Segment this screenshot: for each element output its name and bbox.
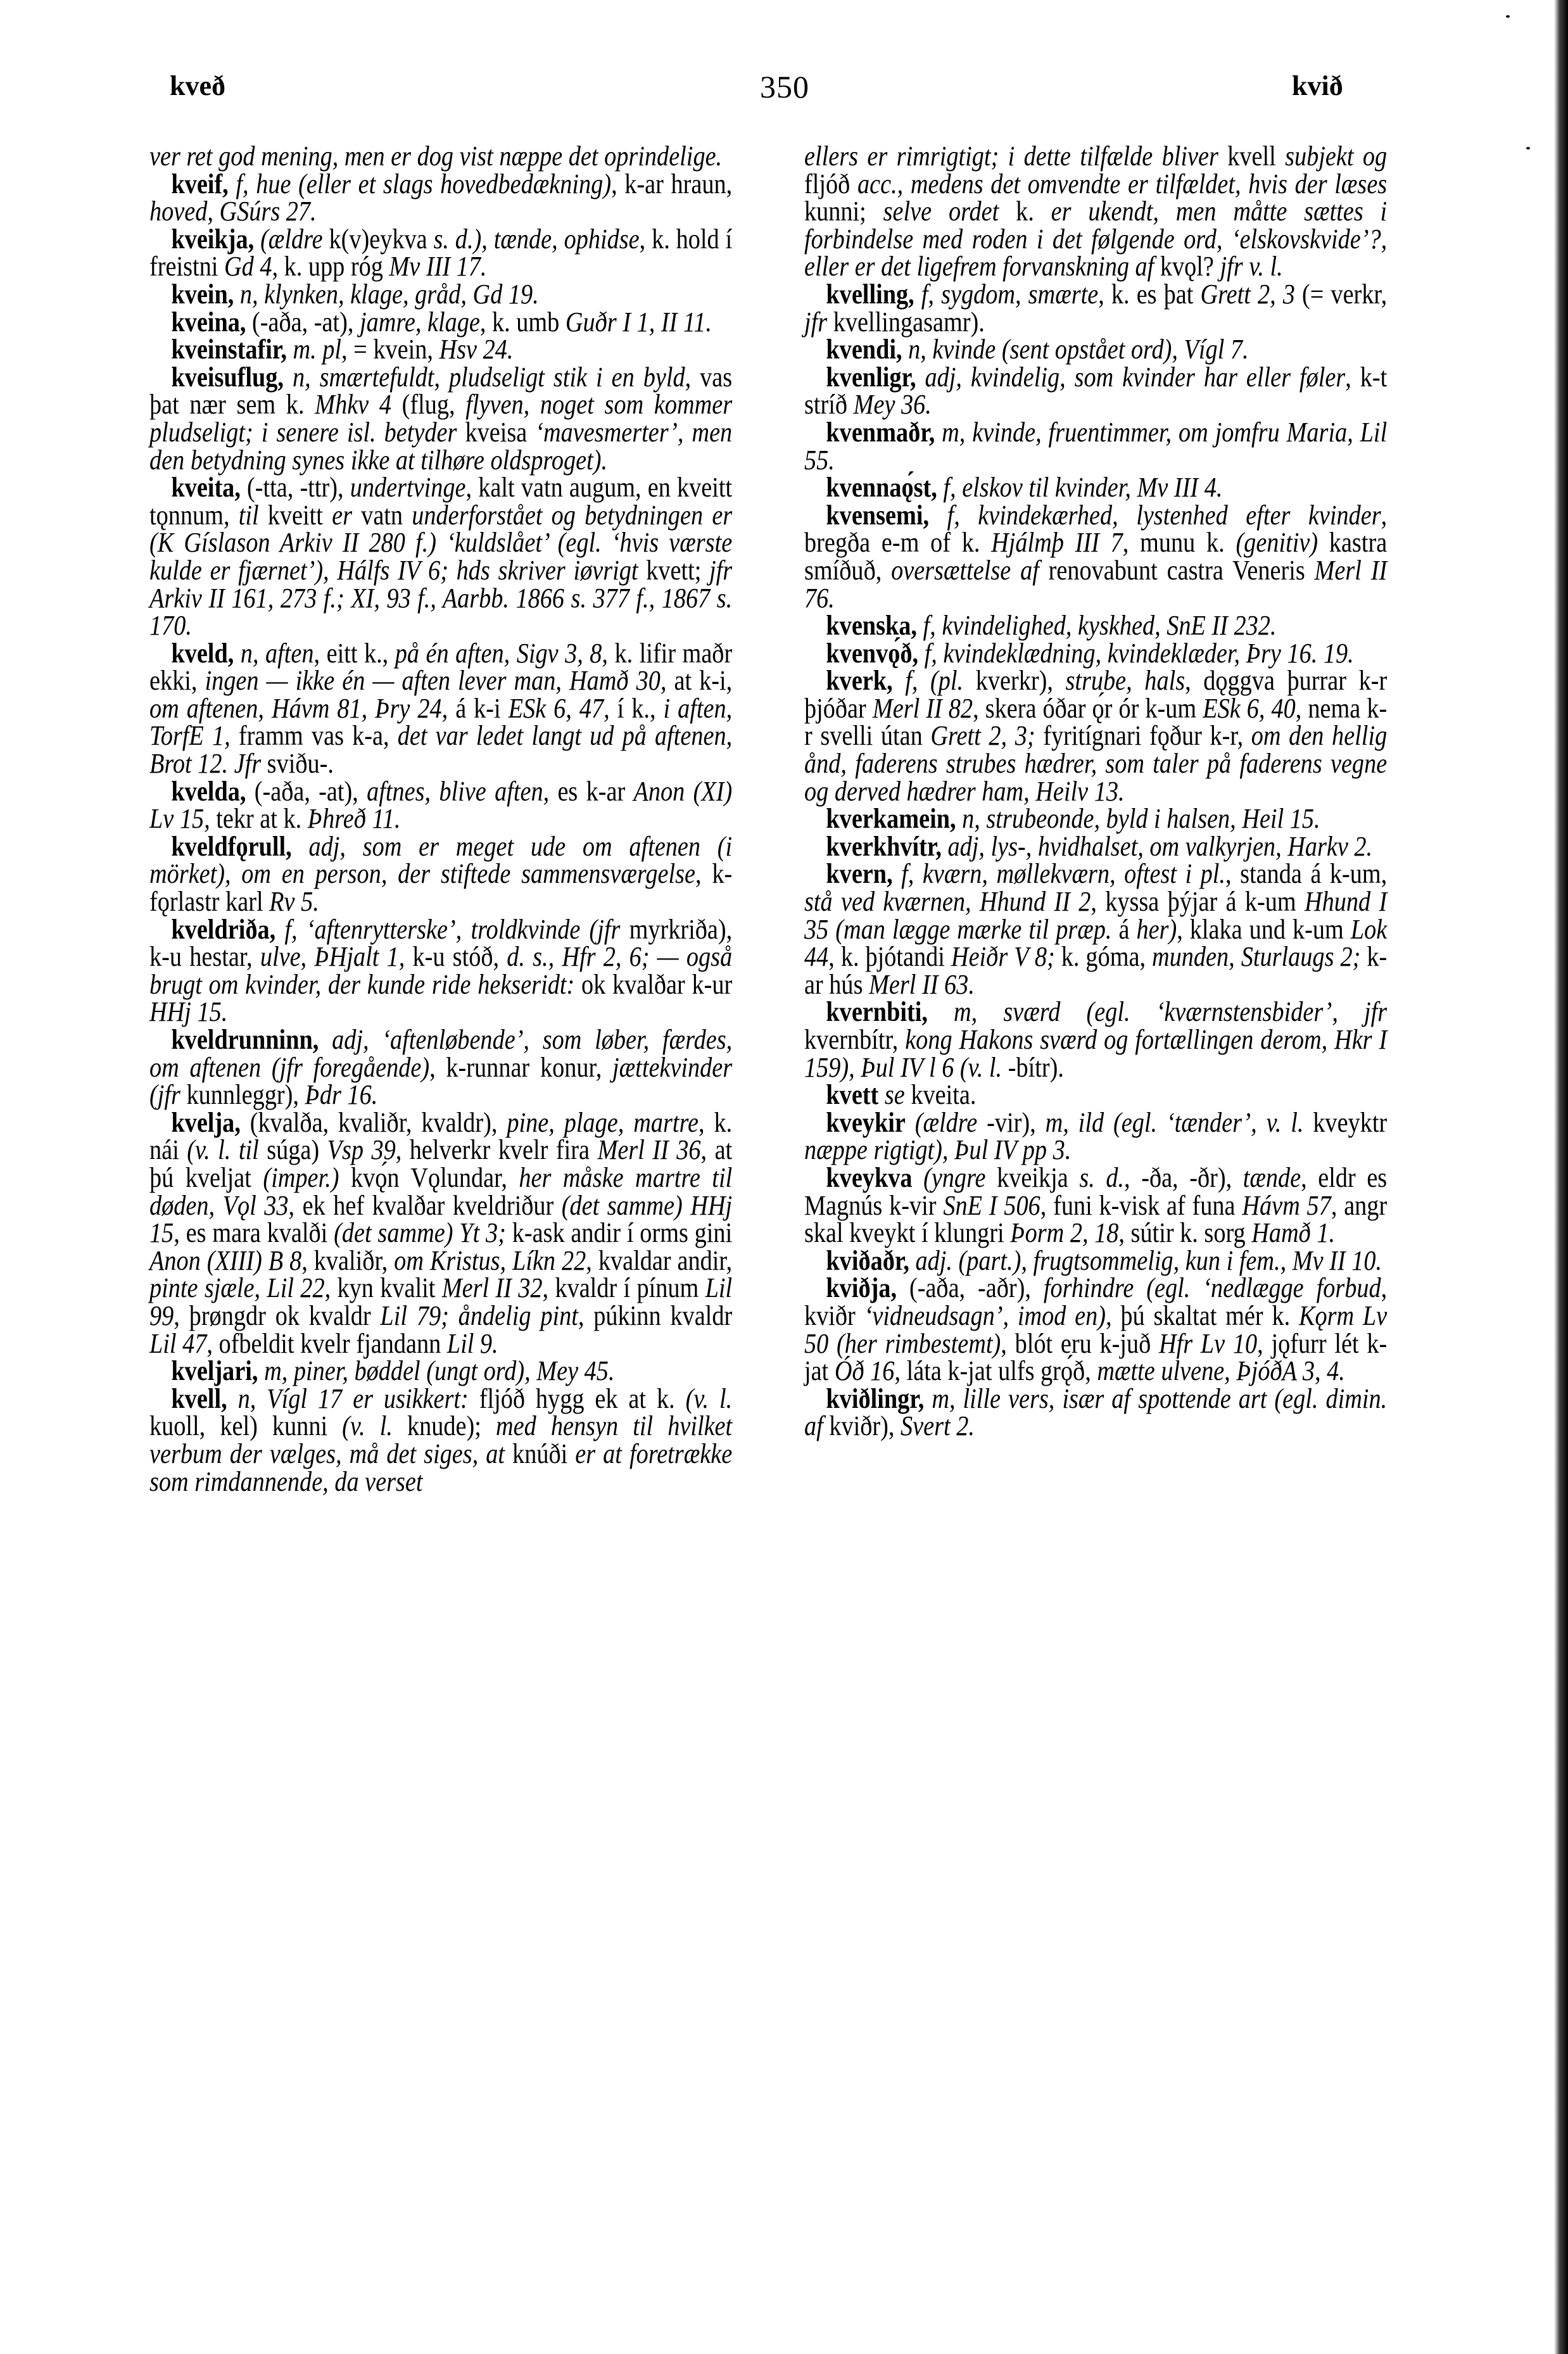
headword: kvenska, (826, 609, 917, 641)
headword: kveldrunninn, (171, 1023, 319, 1055)
italic-text: (ældre (915, 1106, 977, 1138)
roman-text (924, 1383, 932, 1414)
italic-text: Grett 2, 3 (1201, 278, 1295, 310)
italic-text: om Kristus, Líkn 22 (394, 1244, 586, 1276)
italic-text: f, elskov til kvinder, Mv III 4. (943, 471, 1222, 503)
italic-text: forhindre (egl. ‘nedlægge forbud (1044, 1272, 1381, 1303)
page-header: kveð 350 kvið (0, 70, 1568, 120)
roman-text: kunnleggr), (180, 1079, 305, 1110)
roman-text: kuoll, kel) kunni (149, 1410, 342, 1441)
dictionary-entry: kvein, n, klynken, klage, gråd, Gd 19. (149, 281, 732, 308)
roman-text: (kvalða, kvaliðr, kvaldr), (241, 1106, 507, 1138)
dictionary-entry: kvendi, n, kvinde (sent opstået ord), Ví… (804, 336, 1387, 364)
italic-text: Mey 36. (854, 388, 932, 420)
italic-text: f, (pl. (905, 664, 963, 696)
italic-text: Grett 2, 3; (930, 719, 1035, 751)
roman-text: , þrøngdr ok kvaldr (174, 1300, 380, 1331)
dictionary-entry: kveldriða, f, ‘aftenrytterske’, troldkvi… (149, 916, 732, 1026)
italic-text: Rv 5. (269, 885, 319, 917)
roman-text: k-u stóð, (405, 940, 507, 972)
italic-text: Anon (XIII) B 8 (149, 1244, 301, 1276)
roman-text (937, 471, 944, 503)
roman-text: , k. es þat (1098, 278, 1200, 310)
roman-text: , kyssa þýjar á k-um (1091, 885, 1305, 917)
italic-text: hoved, GSúrs 27. (149, 195, 317, 227)
roman-text (234, 637, 240, 669)
italic-text: (genitiv) (1236, 526, 1318, 558)
headword: kvelja, (171, 1106, 240, 1138)
dictionary-entry: kverk, f, (pl. kverkr), strube, hals, dǫ… (804, 667, 1387, 805)
roman-text: , -ða, -ðr), (1124, 1161, 1243, 1193)
italic-text: (v. l. (342, 1410, 393, 1441)
italic-text: Hfr Lv 10 (1159, 1327, 1257, 1359)
headword: kveisuflug, (171, 361, 284, 393)
headword: kvern, (826, 857, 892, 889)
headword: kveikja, (171, 223, 254, 255)
roman-text: kvett; (638, 554, 710, 586)
dictionary-entry: kveif, f, hue (eller et slags hovedbedæk… (149, 170, 732, 225)
italic-text: mætte ulvene, ÞjóðA 3, 4. (1097, 1355, 1344, 1386)
italic-text: (imper.) (263, 1161, 339, 1193)
page-number: 350 (760, 68, 809, 105)
guide-word-left: kveð (170, 70, 225, 102)
roman-text (909, 1244, 916, 1276)
italic-text: f, kvindeklædning, kvindeklæder, Þry 16.… (925, 637, 1354, 669)
roman-text (916, 361, 925, 393)
roman-text: , es mara kvalði (174, 1217, 334, 1248)
italic-text: (ældre (260, 223, 322, 255)
dictionary-entry: kveldfǫrull, adj, som er meget ude om af… (149, 833, 732, 916)
roman-text: (flug, (391, 388, 465, 420)
roman-text (935, 416, 942, 448)
italic-text: HHj 15. (149, 996, 227, 1027)
headword: kvell, (171, 1383, 227, 1414)
roman-text (902, 333, 909, 365)
roman-text: framm vas k-a, (231, 719, 398, 751)
dictionary-entry: kviðaðr, adj. (part.), frugtsommelig, ku… (804, 1247, 1387, 1275)
italic-text: f, kværn, møllekværn, oftest i pl. (901, 857, 1225, 889)
italic-text: her) (1136, 913, 1177, 945)
italic-text: m, sværd (egl. ‘kværnstensbider’, jfr (954, 996, 1387, 1027)
italic-text: n, kvinde (sent opstået ord), Vígl 7. (908, 333, 1248, 365)
dictionary-entry: kveikja, (ældre k(v)eykva s. d.), tænde,… (149, 225, 732, 281)
roman-text: fljóð hygg ek at k. (469, 1383, 686, 1414)
roman-text: (-aða, -aðr), (897, 1272, 1044, 1303)
dictionary-entry: kveinstafir, m. pl, = kvein, Hsv 24. (149, 336, 732, 364)
headword: kveykir (826, 1106, 905, 1138)
dictionary-entry: kveld, n, aften, eitt k., på én aften, S… (149, 640, 732, 778)
italic-text: adj, lys-, hvidhalset, om valkyrjen, Har… (947, 830, 1372, 862)
italic-text: f, kvindelighed, kyskhed, SnE II 232. (923, 609, 1277, 641)
italic-text: Mv III 17. (389, 250, 486, 282)
roman-text: , láta k-jat ulfs grǫ́ð, (894, 1355, 1097, 1386)
headword: kvelda, (171, 775, 246, 807)
italic-text: Vsp 39 (327, 1134, 396, 1165)
roman-text: , ofbeldit kvelr fjandann (206, 1327, 446, 1359)
roman-text (956, 802, 963, 834)
roman-text: , kvaliðr, (301, 1244, 394, 1276)
headword: kveld, (171, 637, 234, 669)
roman-text: kunni; (804, 195, 883, 227)
italic-text: jfr (804, 306, 827, 338)
roman-text: (= verkr, (1295, 278, 1387, 310)
italic-text: f, hue (eller et slags hovedbedækning) (236, 168, 611, 199)
right-column: ellers er rimrigtigt; i dette tilfælde b… (804, 142, 1305, 1440)
headword: kviðja, (826, 1272, 897, 1303)
italic-text: ellers er rimrigtigt; i dette tilfælde b… (804, 140, 1218, 172)
italic-text: subjekt og (1285, 140, 1387, 172)
headword: kvett (826, 1079, 878, 1110)
dictionary-entry: kvelling, f, sygdom, smærte, k. es þat G… (804, 281, 1387, 336)
roman-text (227, 1383, 238, 1414)
roman-text: vatn (352, 499, 412, 531)
italic-text: (v. l. til (187, 1134, 259, 1165)
right-column-entries: ellers er rimrigtigt; i dette tilfælde b… (804, 142, 1387, 1440)
dictionary-entry: kveykva (yngre kveikja s. d., -ða, -ðr),… (804, 1164, 1387, 1247)
roman-text: , kvaldar andir, (586, 1244, 732, 1276)
italic-text: Gd 4 (224, 250, 272, 282)
italic-text: tænde (1243, 1161, 1301, 1193)
roman-text: , skera óðar ǫ́r ór k-um (973, 692, 1203, 724)
italic-text: jfr v. l. (1220, 250, 1282, 282)
dictionary-entry: kveita, (-tta, -ttr), undertvinge, kalt … (149, 474, 732, 640)
italic-text: Hamð 1. (1251, 1217, 1335, 1248)
italic-text: munden, Sturlaugs 2; (1152, 940, 1360, 972)
roman-text (292, 830, 309, 862)
roman-text (917, 609, 923, 641)
roman-text (906, 1106, 915, 1138)
roman-text: , k-runnar konur, (429, 1051, 612, 1083)
dictionary-entry: kvelja, (kvalða, kvaliðr, kvaldr), pine,… (149, 1109, 732, 1357)
roman-text: k(v)eykva (323, 223, 434, 255)
dictionary-entry: kviðlingr, m, lille vers, især af spotte… (804, 1385, 1387, 1440)
roman-text: knude); (393, 1410, 496, 1441)
roman-text: , þú skaltat mér k. (1106, 1300, 1299, 1331)
headword: kveldriða, (171, 913, 275, 945)
dictionary-entry: kvenmaðr, m, kvinde, fruentimmer, om jom… (804, 419, 1387, 474)
dictionary-entry: kveina, (-aða, -at), jamre, klage, k. um… (149, 308, 732, 336)
roman-text: , púkinn kvaldr (578, 1300, 732, 1331)
roman-text (942, 830, 948, 862)
dictionary-entry: kviðja, (-aða, -aðr), forhindre (egl. ‘n… (804, 1274, 1387, 1384)
roman-text: kveisa (457, 416, 535, 448)
italic-text: (v. l. (686, 1383, 733, 1414)
scan-page-edge-shadow (1554, 0, 1568, 2354)
roman-text: sviðu-. (261, 747, 334, 779)
roman-text: kverkr), (963, 664, 1065, 696)
italic-text: Þdr 16. (305, 1079, 378, 1110)
headword: kvensemi, (826, 499, 929, 531)
roman-text (319, 1023, 332, 1055)
dictionary-entry: kvell, n, Vígl 17 er usikkert: fljóð hyg… (149, 1385, 732, 1495)
roman-text: kvǫl? (1154, 250, 1220, 282)
dictionary-entry: kvenvǫ́ð, f, kvindeklædning, kvindeklæde… (804, 640, 1387, 668)
italic-text: pinte sjæle, Lil 22 (149, 1272, 325, 1303)
italic-text: ‘vidneudsagn’, imod en) (864, 1300, 1106, 1331)
entry-continuation: ellers er rimrigtigt; i dette tilfælde b… (804, 142, 1387, 281)
italic-text: om aftenen, Hávm 81, Þry 24, (149, 692, 448, 724)
italic-text: næppe rigtigt), Þul IV pp 3. (804, 1134, 1071, 1165)
roman-text: í k., (610, 692, 664, 724)
roman-text: k-ask andir í orms gini (506, 1217, 732, 1248)
roman-text: renovabunt castra Veneris (1039, 554, 1315, 586)
headword: kveljari, (171, 1355, 258, 1386)
italic-text: Þorm 2, 18 (1010, 1217, 1118, 1248)
roman-text (275, 913, 284, 945)
italic-text: acc., medens det omvendte er tilfældet, … (857, 168, 1387, 199)
headword: kvein, (171, 278, 234, 310)
italic-text: n, Vígl 17 er usikkert: (238, 1383, 469, 1414)
roman-text: -bítr). (1002, 1051, 1064, 1083)
italic-text: SnE I 506 (943, 1189, 1040, 1221)
roman-text: k. góma, (1055, 940, 1152, 972)
dictionary-entry: kvennaǫ́st, f, elskov til kvinder, Mv II… (804, 474, 1387, 502)
roman-text: , ek hef kvalðar kveldriður (289, 1189, 562, 1221)
italic-text: m. pl (293, 333, 341, 365)
italic-text: pine, plage, martre (507, 1106, 699, 1138)
headword: kverk, (826, 664, 892, 696)
italic-text: stå ved kværnen, Hhund II 2 (804, 885, 1091, 917)
roman-text: fljóð (804, 168, 857, 199)
left-column: ver ret god mening, men er dog vist næpp… (149, 142, 650, 1495)
headword: kvenvǫ́ð, (826, 637, 918, 669)
roman-text: súga) (259, 1134, 327, 1165)
italic-text: f, sygdom, smærte (921, 278, 1098, 310)
italic-text: n, smærtefuldt, pludseligt stik i en byl… (293, 361, 685, 393)
italic-text: Merl II 32 (442, 1272, 543, 1303)
dictionary-entry: kvenligr, adj, kvindelig, som kvinder ha… (804, 364, 1387, 419)
italic-text: ESk 6, 40 (1203, 692, 1296, 724)
italic-text: til (239, 499, 259, 531)
headword: kverkamein, (826, 802, 956, 834)
roman-text: , kyn kvalit (325, 1272, 442, 1303)
italic-text: n, strubeonde, byld i halsen, Heil 15. (962, 802, 1320, 834)
dictionary-entry: kvenska, f, kvindelighed, kyskhed, SnE I… (804, 612, 1387, 640)
dictionary-entry: kvensemi, f, kvindekærhed, lystenhed eft… (804, 502, 1387, 612)
italic-text: Lil 47 (149, 1327, 206, 1359)
headword: kvelling, (826, 278, 914, 310)
headword: kveif, (171, 168, 228, 199)
italic-text: Heiðr V 8; (951, 940, 1055, 972)
roman-text: -vir), (977, 1106, 1045, 1138)
italic-text: s. d. (1079, 1161, 1124, 1193)
headword: kvenligr, (826, 361, 916, 393)
italic-text: m, piner, bøddel (ungt ord), Mey 45. (264, 1355, 614, 1386)
roman-text: kvernbítr, (804, 1023, 905, 1055)
dictionary-entry: kveljari, m, piner, bøddel (ungt ord), M… (149, 1357, 732, 1385)
dictionary-entry: kvelda, (-aða, -at), aftnes, blive aften… (149, 778, 732, 833)
italic-text: Svert 2. (901, 1410, 975, 1441)
roman-text: (-aða, -at), (246, 306, 360, 338)
italic-text: Lil 79; åndelig pint (380, 1300, 578, 1331)
dictionary-entry: kvern, f, kværn, møllekværn, oftest i pl… (804, 860, 1387, 998)
roman-text: kveikja (986, 1161, 1080, 1193)
italic-text: s. d.), tænde, ophidse (433, 223, 639, 255)
roman-text: , helverkr kvelr fira (396, 1134, 598, 1165)
roman-text (254, 223, 260, 255)
italic-text: selve ordet (883, 195, 999, 227)
headword: kverkhvítr, (826, 830, 942, 862)
headword: kvennaǫ́st, (826, 471, 937, 503)
italic-text: på én aften, Sigv 3, 8, (395, 637, 608, 669)
dictionary-entry: kvett se kveita. (804, 1081, 1387, 1109)
roman-text (234, 278, 240, 310)
scan-speck (1526, 147, 1530, 149)
roman-text: , klaka und k-um (1177, 913, 1351, 945)
roman-text: es k-ar (549, 775, 633, 807)
italic-text: Lil 9. (447, 1327, 498, 1359)
dictionary-entry: kverkhvítr, adj, lys-, hvidhalset, om va… (804, 833, 1387, 861)
headword: kveldfǫrull, (171, 830, 291, 862)
roman-text (287, 333, 293, 365)
roman-text: kvell (1218, 140, 1285, 172)
roman-text (893, 857, 902, 889)
italic-text: Merl II 63. (869, 968, 975, 1000)
roman-text: , blót eru k-juð (1001, 1327, 1159, 1359)
roman-text (893, 664, 906, 696)
italic-text: m, ild (egl. ‘tænder’, v. l. (1046, 1106, 1304, 1138)
italic-text: Merl II 36 (597, 1134, 700, 1165)
italic-text: Þhreð 11. (308, 802, 401, 834)
dictionary-entry: kveldrunninn, adj, ‘aftenløbende’, som l… (149, 1026, 732, 1109)
roman-text: , k. upp róg (272, 250, 389, 282)
italic-text: n, klynken, klage, gråd, Gd 19. (240, 278, 539, 310)
roman-text: ok kvalðar k-ur (574, 968, 732, 1000)
italic-text: adj, kvindelig, som kvinder har eller fø… (925, 361, 1345, 393)
italic-text: ver ret god mening, men er dog vist næpp… (149, 140, 722, 172)
italic-text: Hávm 57 (1242, 1189, 1331, 1221)
dictionary-entry: kveisuflug, n, smærtefuldt, pludseligt s… (149, 364, 732, 474)
roman-text (229, 168, 236, 199)
roman-text: , eitt k., (314, 637, 395, 669)
roman-text: , = kvein, (341, 333, 439, 365)
italic-text: (det samme) Yt 3; (334, 1217, 506, 1248)
roman-text: , k. umb (480, 306, 566, 338)
roman-text (284, 361, 293, 393)
roman-text (258, 1355, 265, 1386)
headword: kveita, (171, 471, 240, 503)
italic-text: Hsv 24. (439, 333, 513, 365)
roman-text: á k-i (448, 692, 508, 724)
headword: kveinstafir, (171, 333, 287, 365)
roman-text (878, 1079, 885, 1110)
headword: kvenmaðr, (826, 416, 935, 448)
italic-text: ulve, ÞHjalt 1, (260, 940, 405, 972)
dictionary-entry: kvernbiti, m, sværd (egl. ‘kværnstensbid… (804, 998, 1387, 1081)
roman-text: kviðr), (823, 1410, 901, 1441)
headword: kveykva (826, 1161, 912, 1193)
roman-text: , kvaldr í pínum (543, 1272, 705, 1303)
headword: kveina, (171, 306, 246, 338)
roman-text: á (1111, 913, 1136, 945)
italic-text: f, kvindekærhed, lystenhed efter kvinder (947, 499, 1381, 531)
roman-text: (-aða, -at), (246, 775, 367, 807)
italic-text: oversættelse af (891, 554, 1039, 586)
italic-text: undertvinge (350, 471, 466, 503)
roman-text: (-tta, -ttr), (241, 471, 350, 503)
roman-text: , sútir k. sorg (1118, 1217, 1251, 1248)
roman-text: , k. þjótandi (828, 940, 951, 972)
italic-text: strube, hals (1065, 664, 1185, 696)
roman-text: , standa á k-um, (1225, 857, 1387, 889)
roman-text: , munu k. (1123, 526, 1236, 558)
roman-text: fyritígnari fǫður k-r, (1035, 719, 1251, 751)
italic-text: er (332, 499, 352, 531)
italic-text: (yngre (923, 1161, 985, 1193)
guide-word-right: kvið (1292, 70, 1343, 102)
headword: kviðlingr, (826, 1383, 924, 1414)
roman-text: at k-i, (666, 664, 732, 696)
entry-continuation: ver ret god mening, men er dog vist næpp… (149, 142, 732, 170)
italic-text: jamre, klage (360, 306, 480, 338)
scan-speck (1506, 15, 1510, 18)
italic-text: Merl II 82 (873, 692, 973, 724)
italic-text: Óð 16 (835, 1355, 895, 1386)
italic-text: adj. (part.), frugtsommelig, kun i fem.,… (915, 1244, 1382, 1276)
roman-text: knúði (505, 1438, 575, 1469)
roman-text: tekr at k. (210, 802, 308, 834)
roman-text (929, 499, 947, 531)
left-column-entries: ver ret god mening, men er dog vist næpp… (149, 142, 732, 1495)
italic-text: aftnes, blive aften, (367, 775, 549, 807)
roman-text (918, 637, 925, 669)
italic-text: se (885, 1079, 905, 1110)
roman-text: kveita. (905, 1079, 977, 1110)
italic-text: ESk 6, 47, (509, 692, 610, 724)
headword: kviðaðr, (826, 1244, 909, 1276)
roman-text (912, 1161, 923, 1193)
italic-text: f, ‘aftenrytterske’, troldkvinde (jfr (284, 913, 620, 945)
roman-text: kvǫ́n Vǫlundar, (339, 1161, 519, 1193)
dictionary-entry: kveykir (ældre -vir), m, ild (egl. ‘tænd… (804, 1109, 1387, 1164)
roman-text: , funi k-visk af funa (1040, 1189, 1242, 1221)
roman-text: kveitt (259, 499, 332, 531)
roman-text: , k-ar hraun, (611, 168, 732, 199)
roman-text: k. (999, 195, 1051, 227)
italic-text: Hjálmþ III 7 (991, 526, 1123, 558)
roman-text (914, 278, 921, 310)
italic-text: n, aften (241, 637, 314, 669)
italic-text: Mhkv 4 (315, 388, 391, 420)
headword: kvendi, (826, 333, 902, 365)
roman-text: kveyktr (1303, 1106, 1387, 1138)
roman-text: kvellingasamr). (827, 306, 985, 338)
roman-text (928, 996, 954, 1027)
italic-text: Guðr I 1, II 11. (566, 306, 712, 338)
headword: kvernbiti, (826, 996, 928, 1027)
dictionary-entry: kverkamein, n, strubeonde, byld i halsen… (804, 805, 1387, 833)
italic-text: ingen — ikke én — aften lever man, Hamð … (205, 664, 666, 696)
